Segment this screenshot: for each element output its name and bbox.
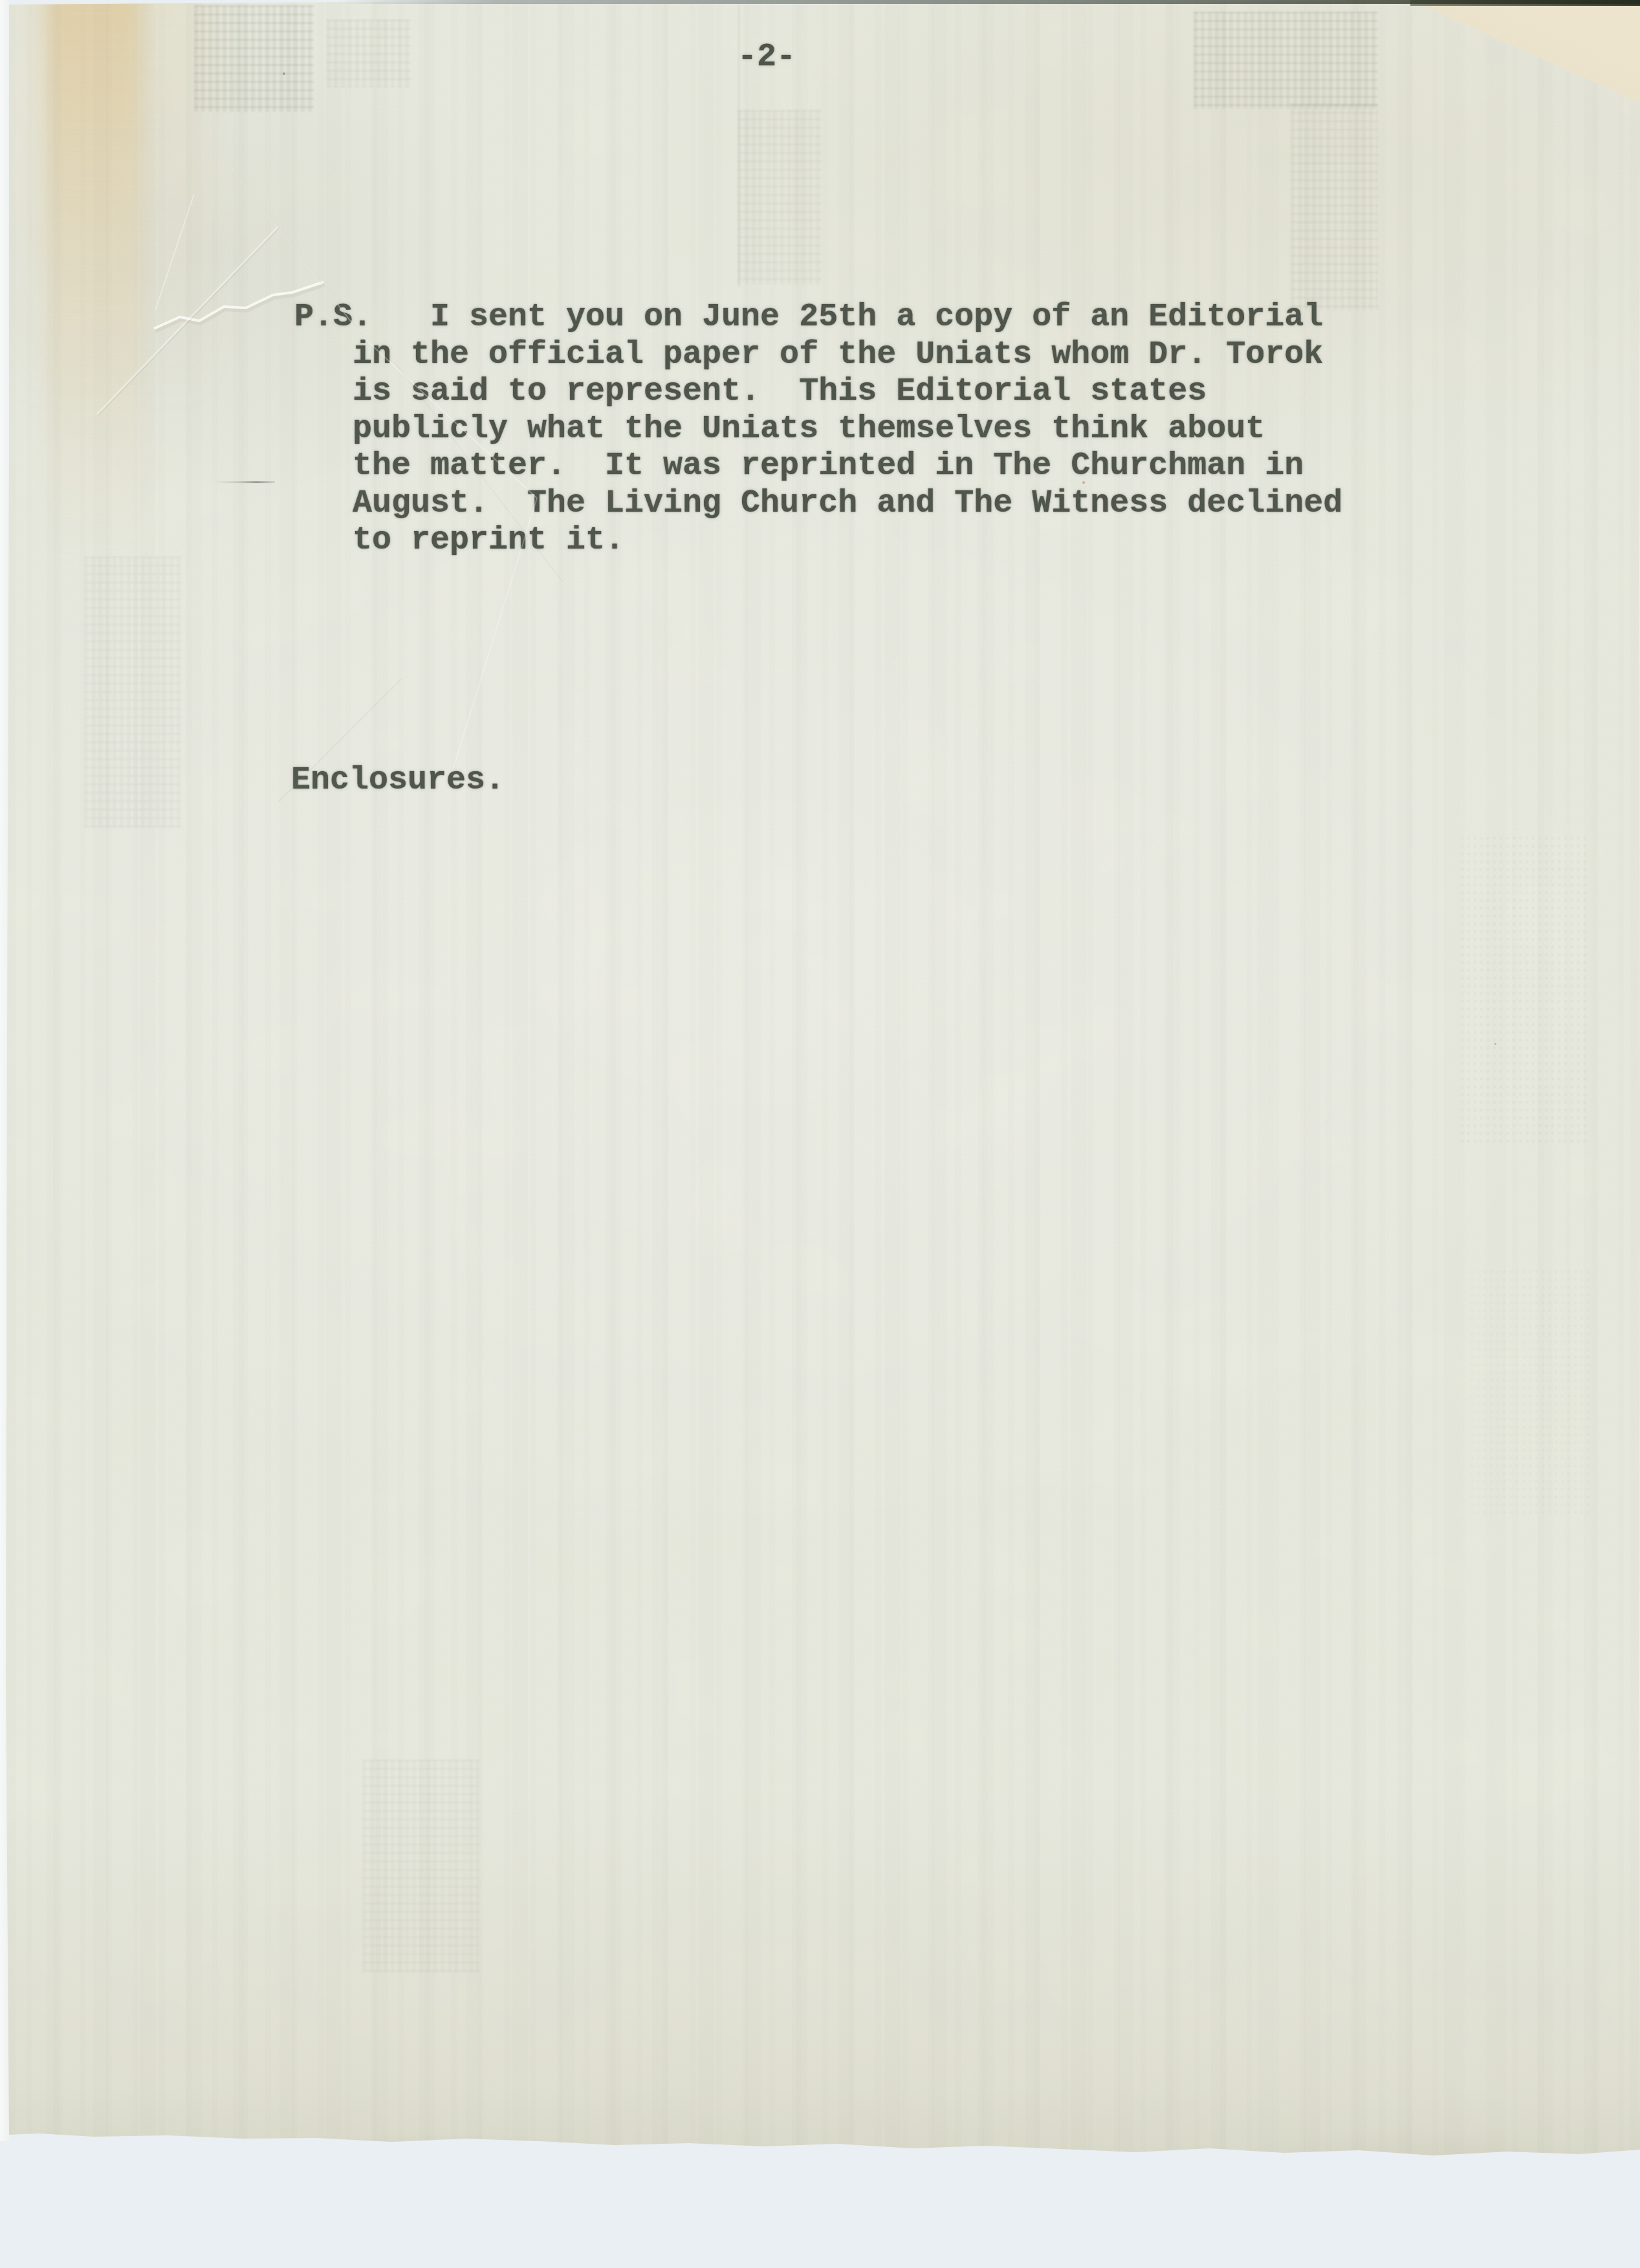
- bleedthrough-ghost-text: [1459, 834, 1588, 1145]
- dust-speck: [283, 72, 285, 75]
- bleedthrough-ghost-text: [738, 110, 822, 285]
- paper-sheet: -2- P.S. I sent you on June 25th a copy …: [0, 0, 1640, 2268]
- bleedthrough-ghost-text: [327, 19, 411, 87]
- bleedthrough-ghost-text: [1194, 12, 1378, 109]
- bleedthrough-ghost-text: [1469, 1268, 1591, 1514]
- scanner-edge-strip: [1410, 0, 1640, 6]
- bleedthrough-ghost-text: [194, 5, 314, 112]
- scanned-letter-page: { "document": { "page_number": "-2-", "p…: [0, 0, 1640, 2268]
- page-number: -2-: [738, 39, 796, 76]
- postscript-line: is said to represent. This Editorial sta…: [294, 373, 1342, 411]
- postscript-line: P.S. I sent you on June 25th a copy of a…: [294, 299, 1342, 336]
- postscript-block: P.S. I sent you on June 25th a copy of a…: [294, 299, 1342, 560]
- bleedthrough-ghost-text: [362, 1760, 479, 1973]
- pencil-mark: [213, 481, 275, 483]
- bleedthrough-ghost-text: [1291, 104, 1378, 311]
- postscript-line: publicly what the Uniats themselves thin…: [294, 411, 1342, 448]
- postscript-line: the matter. It was reprinted in The Chur…: [294, 448, 1342, 485]
- enclosures-note: Enclosures.: [291, 762, 505, 800]
- postscript-line: August. The Living Church and The Witnes…: [294, 485, 1342, 523]
- bleedthrough-ghost-text: [84, 556, 181, 828]
- postscript-line: to reprint it.: [294, 522, 1342, 560]
- dust-speck: [1494, 1043, 1496, 1045]
- postscript-line: in the official paper of the Uniats whom…: [294, 336, 1342, 374]
